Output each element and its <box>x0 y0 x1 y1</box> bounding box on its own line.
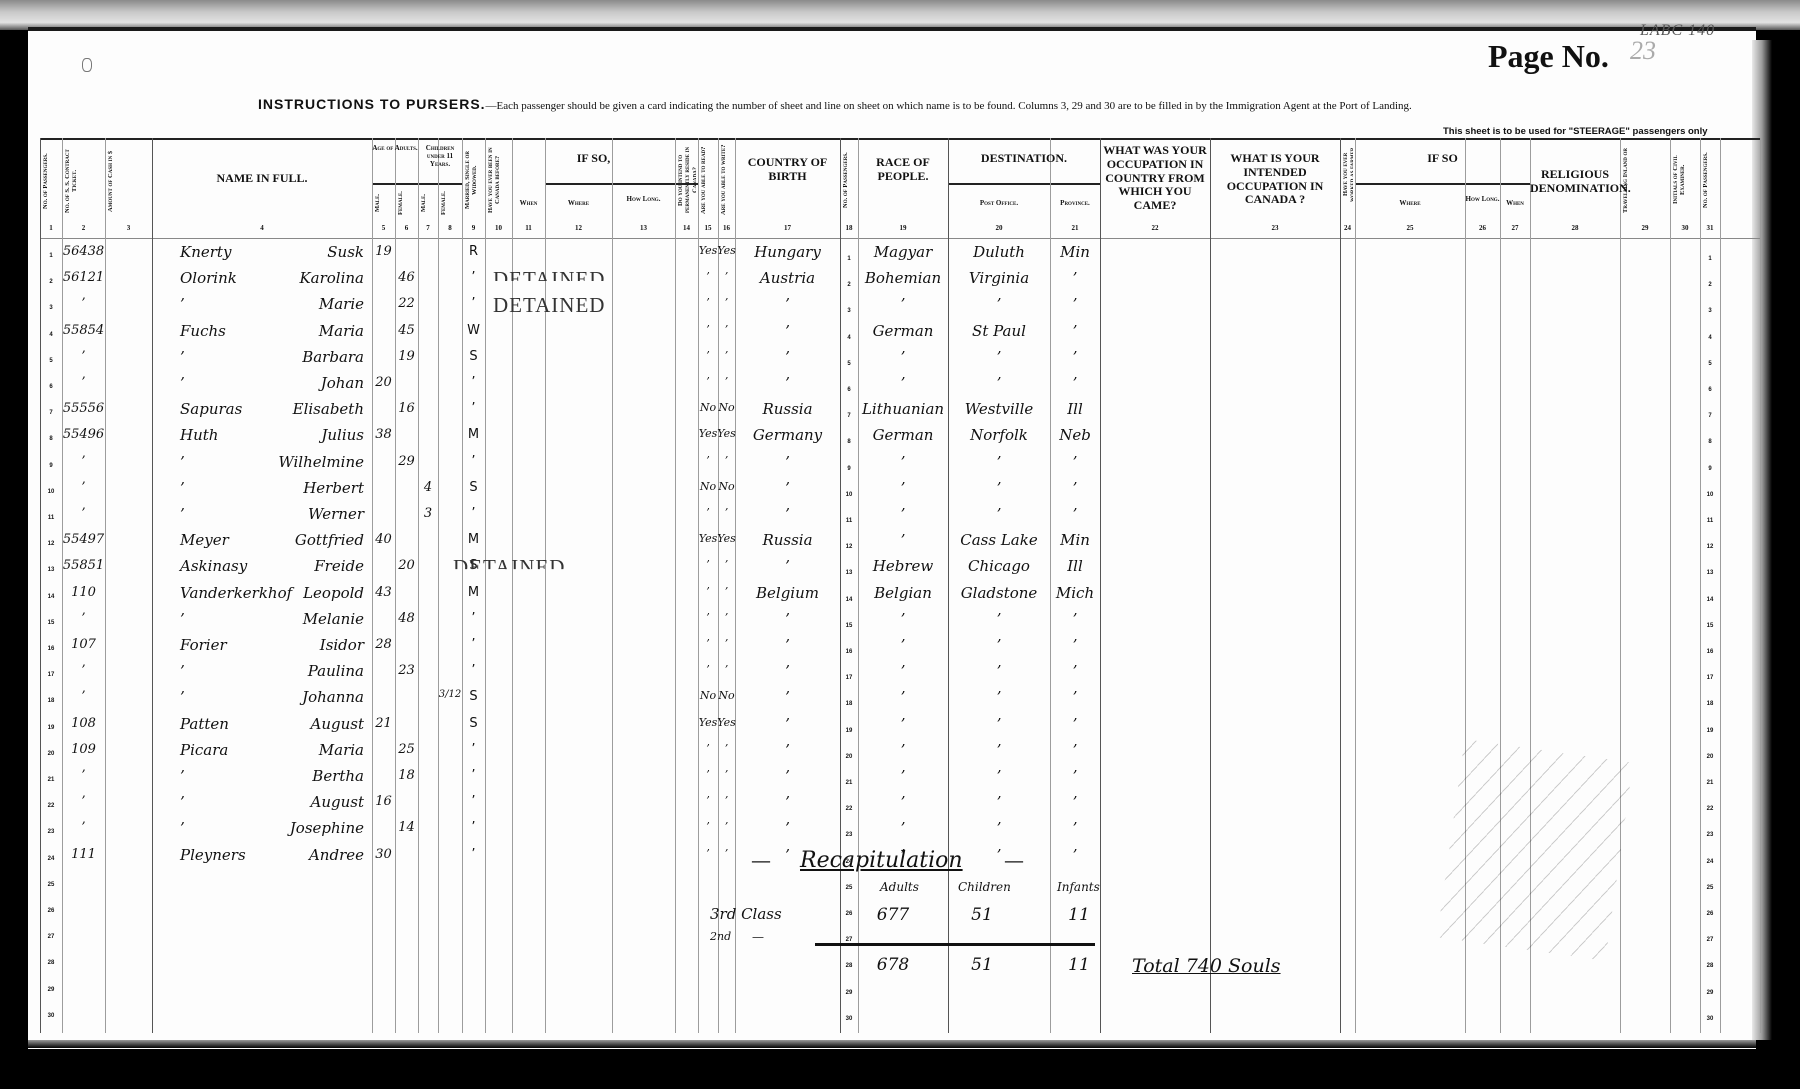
row-number: 26 <box>48 908 55 914</box>
given-name: Bertha <box>312 769 364 784</box>
post-office: ’ <box>997 664 1002 679</box>
group-rule <box>948 183 1100 185</box>
recap-value: — <box>752 930 764 944</box>
can-write: ’ <box>725 586 729 597</box>
given-name: Leopold <box>303 586 364 601</box>
ticket-number: 111 <box>71 848 96 861</box>
row-number: 28 <box>48 960 55 966</box>
header-c29: Travelling Inland or <box>1622 144 1668 216</box>
age-female: 16 <box>398 402 415 415</box>
column-rule <box>372 138 373 1033</box>
instructions-heading: INSTRUCTIONS TO PURSERS. <box>258 96 486 112</box>
recap-header-children: Children <box>958 880 1011 894</box>
post-office: Duluth <box>973 245 1025 260</box>
age-male: 38 <box>375 428 392 441</box>
row-number: 15 <box>846 623 853 629</box>
column-number: 27 <box>1505 224 1525 232</box>
row-number: 15 <box>1707 623 1714 629</box>
column-number: 23 <box>1265 224 1285 232</box>
race-of-people: ’ <box>901 507 906 522</box>
marital-status: ’ <box>471 664 475 677</box>
steerage-note: This sheet is to be used for "STEERAGE" … <box>1443 126 1708 137</box>
row-number: 26 <box>846 911 853 917</box>
row-number: 7 <box>847 413 850 419</box>
row-number: 25 <box>846 885 853 891</box>
province: ’ <box>1073 743 1078 758</box>
post-office: ’ <box>997 690 1002 705</box>
recap-row-label: 2nd <box>710 930 731 943</box>
row-number: 13 <box>1707 570 1714 576</box>
surname: Vanderkerkhof <box>180 586 292 601</box>
can-read: ’ <box>706 324 710 335</box>
header-c27: When <box>1500 199 1530 219</box>
column-number: 8 <box>440 224 460 232</box>
row-number: 16 <box>846 649 853 655</box>
row-number: 1 <box>1708 256 1711 262</box>
marital-status: ’ <box>471 743 475 756</box>
marital-status: ’ <box>471 507 475 520</box>
surname: ’ <box>180 350 185 365</box>
post-office: ’ <box>997 638 1002 653</box>
can-write: ’ <box>725 769 729 780</box>
province: ’ <box>1073 455 1078 470</box>
post-office: ’ <box>997 507 1002 522</box>
ticket-number: 55854 <box>63 324 104 337</box>
marital-status: S <box>469 690 477 703</box>
post-office: ’ <box>997 848 1002 863</box>
surname: ’ <box>180 821 185 836</box>
header-c12: Where <box>545 199 612 219</box>
column-rule <box>948 138 949 1033</box>
can-read: ’ <box>706 821 710 832</box>
race-of-people: ’ <box>901 481 906 496</box>
column-number: 16 <box>717 224 737 232</box>
country-of-birth: ’ <box>785 481 790 496</box>
country-of-birth: ’ <box>785 769 790 784</box>
header-c17: COUNTRY OF BIRTH <box>735 156 840 206</box>
header-c18: No. of Passengers. <box>842 144 856 216</box>
marital-status: ’ <box>471 769 475 782</box>
race-of-people: ’ <box>901 743 906 758</box>
row-number: 29 <box>1707 990 1714 996</box>
column-rule <box>418 138 419 1033</box>
marital-status: ’ <box>471 612 475 625</box>
scan-bottom-edge <box>28 1040 1756 1048</box>
row-number: 21 <box>1707 780 1714 786</box>
surname: ’ <box>180 769 185 784</box>
header-c11: When <box>512 199 545 219</box>
header-c16: Are you able to write? <box>720 144 733 216</box>
given-name: Werner <box>308 507 364 522</box>
country-of-birth: Russia <box>762 402 812 417</box>
row-number: 4 <box>847 335 850 341</box>
recap-sum-line <box>815 943 1095 946</box>
column-rule <box>675 138 676 1033</box>
ticket-number: ’ <box>81 376 85 389</box>
row-number: 11 <box>48 515 54 521</box>
age-male: 16 <box>375 795 392 808</box>
row-number: 27 <box>48 934 55 940</box>
country-of-birth: Belgium <box>756 586 819 601</box>
row-number: 18 <box>846 701 853 707</box>
instructions: INSTRUCTIONS TO PURSERS.—Each passenger … <box>258 96 1412 112</box>
row-number: 6 <box>49 384 52 390</box>
ticket-number: 55496 <box>63 428 104 441</box>
can-read: No <box>700 690 716 701</box>
header-destination_group: DESTINATION. <box>948 152 1100 172</box>
row-number: 8 <box>1708 439 1711 445</box>
can-read: ’ <box>706 795 710 806</box>
province: ’ <box>1073 690 1078 705</box>
can-write: No <box>718 402 734 413</box>
child-male: 4 <box>424 481 432 494</box>
country-of-birth: Austria <box>760 271 815 286</box>
column-number: 21 <box>1065 224 1085 232</box>
can-write: Yes <box>717 533 735 544</box>
column-number: 14 <box>677 224 697 232</box>
given-name: Julius <box>321 428 364 443</box>
surname: Sapuras <box>180 402 242 417</box>
ticket-number: 108 <box>71 717 96 730</box>
column-number: 13 <box>634 224 654 232</box>
ticket-number: 55497 <box>63 533 104 546</box>
can-write: ’ <box>725 507 729 518</box>
province: Min <box>1060 245 1090 260</box>
row-number: 4 <box>1708 335 1711 341</box>
surname: Fuchs <box>180 324 226 339</box>
row-number: 23 <box>1707 832 1714 838</box>
row-number: 5 <box>49 358 52 364</box>
surname: ’ <box>180 612 185 627</box>
header-c5: Male. <box>374 189 393 217</box>
marital-status: R <box>469 245 478 258</box>
can-read: Yes <box>699 428 717 439</box>
row-number: 29 <box>846 990 853 996</box>
column-rule <box>1620 138 1621 1033</box>
marital-status: ’ <box>471 638 475 651</box>
row-number: 12 <box>1707 544 1714 550</box>
race-of-people: Lithuanian <box>862 402 944 417</box>
province: ’ <box>1073 376 1078 391</box>
post-office: Gladstone <box>961 586 1038 601</box>
surname: Olorink <box>180 271 237 286</box>
race-of-people: ’ <box>901 821 906 836</box>
column-rule <box>735 138 736 1033</box>
column-rule <box>698 138 699 1033</box>
column-number: 11 <box>519 224 539 232</box>
marital-status: M <box>468 533 479 546</box>
header-c1: No. of Passengers. <box>42 146 60 216</box>
given-name: Herbert <box>303 481 364 496</box>
can-read: ’ <box>706 507 710 518</box>
can-write: ’ <box>725 376 729 387</box>
column-number: 5 <box>374 224 394 232</box>
post-office: Cass Lake <box>960 533 1037 548</box>
header-children_group: Children under 11 Years. <box>418 144 462 184</box>
province: ’ <box>1073 795 1078 810</box>
country-of-birth: ’ <box>785 638 790 653</box>
column-number: 30 <box>1675 224 1695 232</box>
age-male: 40 <box>375 533 392 546</box>
age-male: 21 <box>375 717 392 730</box>
country-of-birth: ’ <box>785 690 790 705</box>
age-female: 14 <box>398 821 415 834</box>
can-write: No <box>718 481 734 492</box>
surname: Pleyners <box>180 848 246 863</box>
country-of-birth: ’ <box>785 507 790 522</box>
column-rule <box>485 138 486 1033</box>
given-name: Freide <box>314 559 364 574</box>
scan-top-edge <box>0 0 1800 30</box>
can-write: ’ <box>725 821 729 832</box>
race-of-people: Magyar <box>874 245 933 260</box>
column-rule <box>1760 138 1761 1033</box>
row-number: 7 <box>49 410 52 416</box>
header-c15: Are you able to read? <box>700 144 716 216</box>
header-c30: Initials of Civil Examiner. <box>1672 144 1698 216</box>
row-number: 13 <box>48 567 55 573</box>
can-write: Yes <box>717 245 735 256</box>
given-name: Johan <box>321 376 364 391</box>
column-number: 17 <box>778 224 798 232</box>
column-number: 25 <box>1400 224 1420 232</box>
province: ’ <box>1073 821 1078 836</box>
header-c6: Female. <box>397 189 416 217</box>
column-number: 4 <box>252 224 272 232</box>
post-office: Westville <box>965 402 1034 417</box>
given-name: Josephine <box>290 821 364 836</box>
post-office: Chicago <box>968 559 1030 574</box>
row-number: 11 <box>846 518 852 524</box>
ticket-number: ’ <box>81 821 85 834</box>
row-number: 30 <box>1707 1016 1714 1022</box>
column-rule <box>105 138 106 1033</box>
can-write: ’ <box>725 271 729 282</box>
post-office: ’ <box>997 297 1002 312</box>
header-c21: Province. <box>1050 199 1100 219</box>
column-rule <box>1100 138 1101 1033</box>
race-of-people: ’ <box>901 795 906 810</box>
marital-status: ’ <box>471 402 475 415</box>
ticket-number: 110 <box>71 586 96 599</box>
row-number: 9 <box>847 466 850 472</box>
marital-status: ’ <box>471 297 475 310</box>
race-of-people: Belgian <box>874 586 932 601</box>
given-name: Susk <box>327 245 364 260</box>
country-of-birth: ’ <box>785 376 790 391</box>
age-female: 20 <box>398 559 415 572</box>
marital-status: S <box>469 481 477 494</box>
ticket-number: ’ <box>81 769 85 782</box>
instructions-text: —Each passenger should be given a card i… <box>486 100 1412 112</box>
can-read: ’ <box>706 271 710 282</box>
country-of-birth: ’ <box>785 795 790 810</box>
can-read: ’ <box>706 559 710 570</box>
ticket-number: ’ <box>81 795 85 808</box>
row-number: 24 <box>48 856 55 862</box>
row-number: 16 <box>48 646 55 652</box>
row-number: 10 <box>846 492 853 498</box>
row-number: 10 <box>1707 492 1714 498</box>
total-souls: Total 740 Souls <box>1132 955 1281 977</box>
age-female: 19 <box>398 350 415 363</box>
surname: ’ <box>180 455 185 470</box>
recap-value: 677 <box>877 905 909 925</box>
row-number: 28 <box>1707 963 1714 969</box>
pencil-marks <box>1437 739 1633 961</box>
race-of-people: ’ <box>901 769 906 784</box>
row-number: 15 <box>48 620 55 626</box>
header-c23: WHAT IS YOUR INTENDED OCCUPATION IN CANA… <box>1210 152 1340 222</box>
age-female: 48 <box>398 612 415 625</box>
row-number: 3 <box>847 308 850 314</box>
header-c24: Have you ever worked as farmer, farm lab… <box>1342 144 1353 204</box>
recap-dash-right: — <box>1005 850 1023 871</box>
country-of-birth: Russia <box>762 533 812 548</box>
province: Neb <box>1059 428 1091 443</box>
column-rule <box>858 138 859 1033</box>
surname: Knerty <box>180 245 231 260</box>
given-name: August <box>311 717 364 732</box>
column-number: 20 <box>989 224 1009 232</box>
column-number: 7 <box>418 224 438 232</box>
column-number: 6 <box>397 224 417 232</box>
column-number: 9 <box>464 224 484 232</box>
post-office: Norfolk <box>970 428 1028 443</box>
marital-status: ’ <box>471 271 475 284</box>
recap-dash-left: — <box>752 850 770 871</box>
column-rule <box>840 138 841 1033</box>
column-rule <box>395 138 396 1033</box>
marital-status: W <box>467 324 480 337</box>
column-number: 29 <box>1635 224 1655 232</box>
ticket-number: ’ <box>81 481 85 494</box>
can-write: ’ <box>725 297 729 308</box>
detained-stamp: DETAINED <box>493 293 605 318</box>
race-of-people: ’ <box>901 376 906 391</box>
can-write: ’ <box>725 612 729 623</box>
row-number: 5 <box>847 361 850 367</box>
row-number: 13 <box>846 570 853 576</box>
column-number: 28 <box>1565 224 1585 232</box>
header-c19: RACE OF PEOPLE. <box>858 156 948 206</box>
column-number: 10 <box>489 224 509 232</box>
column-number: 26 <box>1473 224 1493 232</box>
surname: Askinasy <box>180 559 247 574</box>
recap-total: 678 <box>877 955 909 975</box>
header-bottom-rule <box>40 238 1760 239</box>
country-of-birth: ’ <box>785 743 790 758</box>
row-number: 27 <box>1707 937 1714 943</box>
province: ’ <box>1073 848 1078 863</box>
race-of-people: ’ <box>901 664 906 679</box>
row-number: 12 <box>846 544 853 550</box>
post-office: ’ <box>997 612 1002 627</box>
surname: Forier <box>180 638 227 653</box>
race-of-people: ’ <box>901 297 906 312</box>
column-rule <box>612 138 613 1033</box>
ticket-number: ’ <box>81 664 85 677</box>
row-number: 6 <box>1708 387 1711 393</box>
post-office: ’ <box>997 717 1002 732</box>
race-of-people: ’ <box>901 350 906 365</box>
row-number: 14 <box>846 597 853 603</box>
province: ’ <box>1073 769 1078 784</box>
can-read: Yes <box>699 533 717 544</box>
province: Mich <box>1056 586 1094 601</box>
race-of-people: ’ <box>901 533 906 548</box>
row-number: 26 <box>1707 911 1714 917</box>
page-number-value: 23 <box>1630 36 1656 66</box>
surname: ’ <box>180 795 185 810</box>
race-of-people: ’ <box>901 612 906 627</box>
surname: ’ <box>180 376 185 391</box>
ticket-number: ’ <box>81 507 85 520</box>
row-number: 2 <box>847 282 850 288</box>
row-number: 3 <box>1708 308 1711 314</box>
row-number: 1 <box>847 256 850 262</box>
column-rule <box>1355 138 1356 1033</box>
age-female: 29 <box>398 455 415 468</box>
province: Ill <box>1067 402 1083 417</box>
column-rule <box>1700 138 1701 1033</box>
row-number: 17 <box>48 672 55 678</box>
column-rule <box>40 138 41 1033</box>
country-of-birth: ’ <box>785 559 790 574</box>
can-read: ’ <box>706 664 710 675</box>
row-number: 2 <box>1708 282 1711 288</box>
ticket-number: 55556 <box>63 402 104 415</box>
row-number: 25 <box>48 882 55 888</box>
row-number: 30 <box>48 1013 55 1019</box>
country-of-birth: Germany <box>753 428 822 443</box>
post-office: ’ <box>997 743 1002 758</box>
header-c3: Amount of Cash in $ <box>107 146 150 216</box>
province: ’ <box>1073 324 1078 339</box>
column-number: 2 <box>74 224 94 232</box>
race-of-people: Hebrew <box>873 559 933 574</box>
column-rule <box>152 138 153 1033</box>
column-number: 18 <box>839 224 859 232</box>
column-number: 15 <box>698 224 718 232</box>
age-female: 25 <box>398 743 415 756</box>
can-read: ’ <box>706 769 710 780</box>
can-write: ’ <box>725 638 729 649</box>
given-name: Andree <box>309 848 364 863</box>
row-number: 20 <box>48 751 55 757</box>
recap-total: 51 <box>971 955 993 975</box>
column-number: 31 <box>1700 224 1720 232</box>
column-rule <box>438 138 439 1033</box>
can-read: ’ <box>706 297 710 308</box>
given-name: Isidor <box>320 638 364 653</box>
row-number: 19 <box>48 725 55 731</box>
recap-value: 11 <box>1068 905 1090 925</box>
province: Ill <box>1067 559 1083 574</box>
given-name: Wilhelmine <box>278 455 364 470</box>
country-of-birth: Hungary <box>754 245 821 260</box>
race-of-people: Bohemian <box>865 271 941 286</box>
header-c13: How Long. <box>612 195 675 219</box>
can-write: ’ <box>725 848 729 859</box>
race-of-people: ’ <box>901 638 906 653</box>
row-number: 23 <box>846 832 853 838</box>
header-c28: RELIGIOUS DENOMINATION. <box>1530 168 1620 208</box>
given-name: Maria <box>319 743 364 758</box>
recap-header-adults: Adults <box>880 880 919 894</box>
ticket-number: ’ <box>81 455 85 468</box>
marital-status: S <box>469 717 477 730</box>
